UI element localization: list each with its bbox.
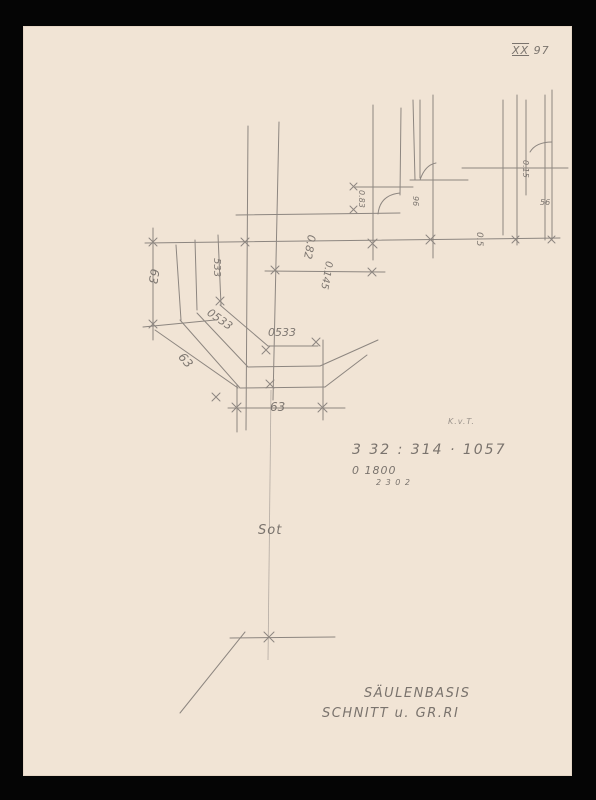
- title-line-1: SÄULENBASIS: [364, 686, 471, 701]
- dim-right-detail-3: 0.15: [521, 160, 530, 178]
- dim-right-detail-4: 56: [540, 198, 550, 207]
- pencil-drawing: [0, 0, 596, 800]
- initials: K.v.T.: [448, 417, 475, 426]
- calc-line-1: 3 32 : 314 · 1057: [352, 442, 507, 458]
- dim-inner-vertical: 533: [211, 258, 222, 277]
- dim-right-detail-2: 96: [411, 196, 420, 206]
- reference-number: 97: [534, 44, 550, 57]
- title-line-2: SCHNITT u. GR.RI: [322, 706, 459, 721]
- dim-bottom-horizontal: 63: [270, 400, 285, 414]
- dim-left-vertical: 63: [146, 268, 162, 285]
- calc-line-3: 2 3 0 2: [376, 478, 411, 487]
- reference-roman: XX: [512, 44, 529, 57]
- dim-mid-horizontal: 0533: [268, 326, 296, 339]
- dim-right-edge: 0.5: [474, 232, 484, 246]
- dim-right-detail-1: 0.83: [357, 190, 366, 208]
- plumb-label: Sot: [258, 523, 282, 538]
- sheet-reference: XX 97: [512, 44, 550, 57]
- calc-line-2: 0 1800: [352, 464, 397, 477]
